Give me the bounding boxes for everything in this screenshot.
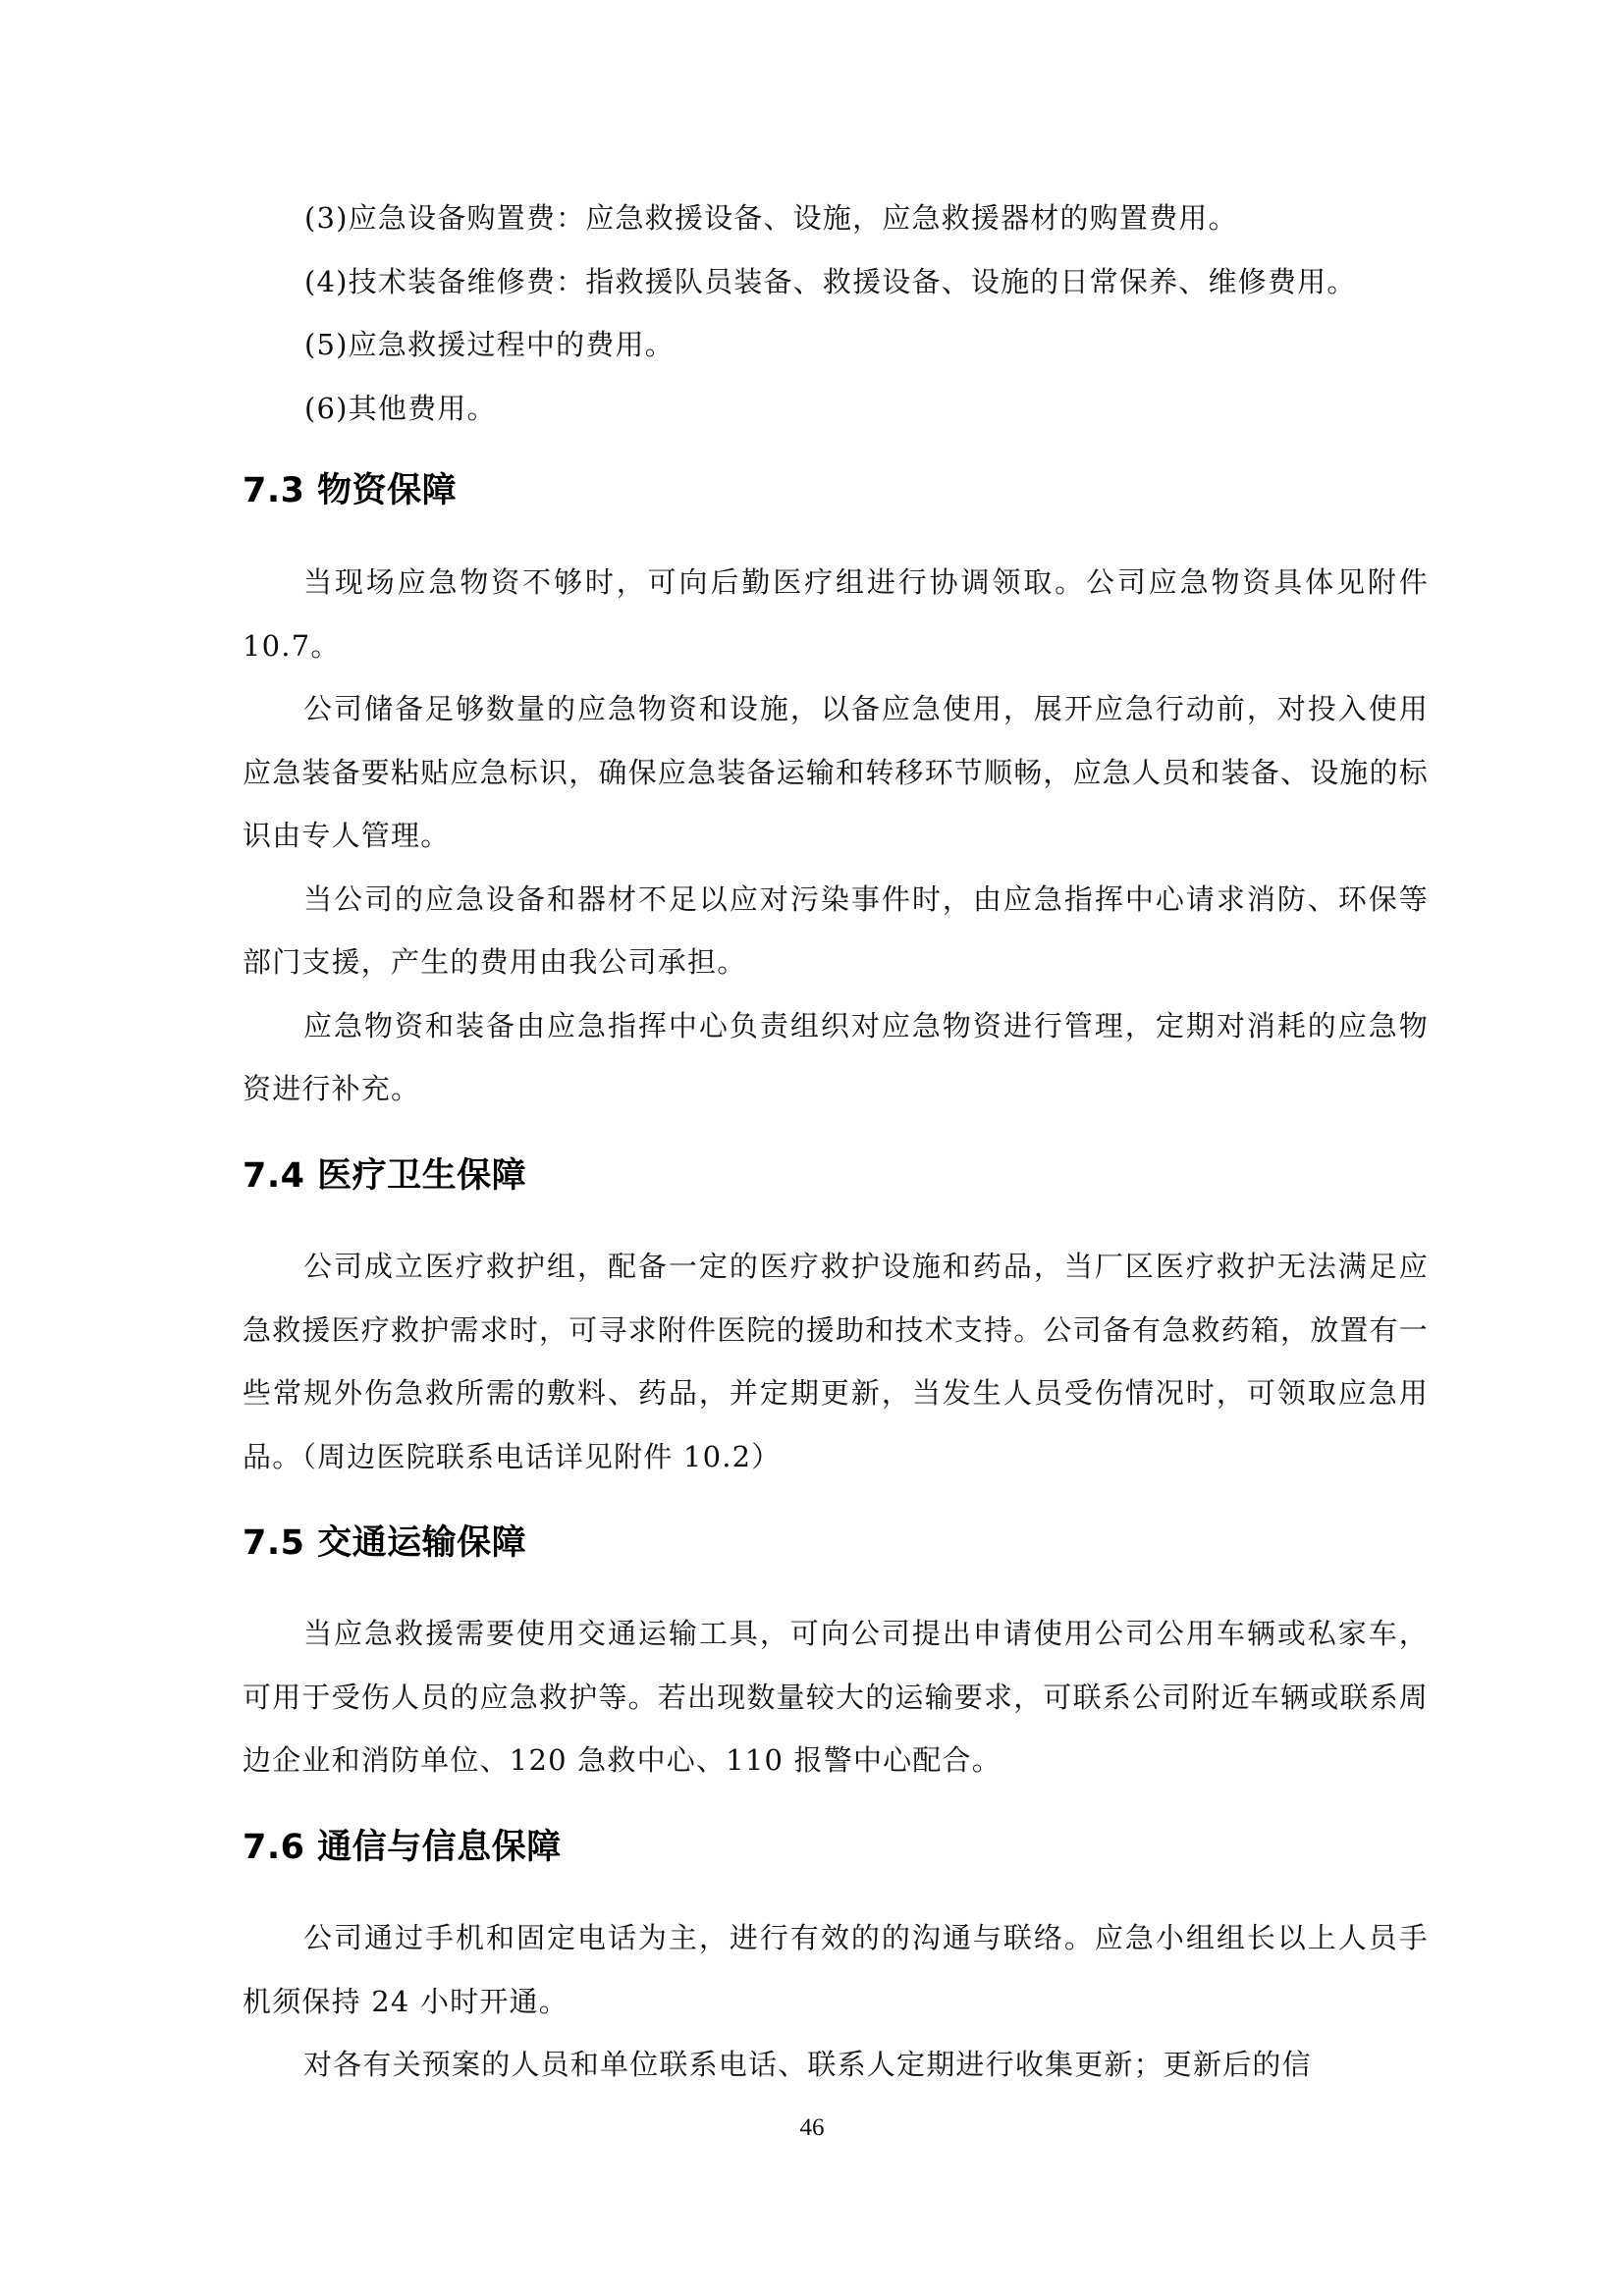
paragraph: 公司成立医疗救护组，配备一定的医疗救护设施和药品，当厂区医疗救护无法满足应急救援… (243, 1235, 1429, 1488)
paragraph: 对各有关预案的人员和单位联系电话、联系人定期进行收集更新；更新后的信 (243, 2033, 1429, 2097)
paragraph: 当现场应急物资不够时，可向后勤医疗组进行协调领取。公司应急物资具体见附件 10.… (243, 551, 1429, 677)
section-heading-7-6: 7.6 通信与信息保障 (243, 1823, 1429, 1872)
section-body-7-6: 公司通过手机和固定电话为主，进行有效的的沟通与联络。应急小组组长以上人员手机须保… (243, 1906, 1429, 2097)
section-heading-7-4: 7.4 医疗卫生保障 (243, 1151, 1429, 1201)
section-body-7-3: 当现场应急物资不够时，可向后勤医疗组进行协调领取。公司应急物资具体见附件 10.… (243, 551, 1429, 1121)
paragraph: 公司储备足够数量的应急物资和设施，以备应急使用，展开应急行动前，对投入使用应急装… (243, 677, 1429, 868)
section-heading-7-3: 7.3 物资保障 (243, 466, 1429, 515)
paragraph: 公司通过手机和固定电话为主，进行有效的的沟通与联络。应急小组组长以上人员手机须保… (243, 1906, 1429, 2033)
list-item: (3)应急设备购置费：应急救援设备、设施，应急救援器材的购置费用。 (243, 187, 1429, 250)
paragraph: 当公司的应急设备和器材不足以应对污染事件时，由应急指挥中心请求消防、环保等部门支… (243, 868, 1429, 994)
page-number: 46 (0, 2113, 1624, 2143)
list-item: (6)其他费用。 (243, 377, 1429, 441)
list-item: (4)技术装备维修费：指救援队员装备、救援设备、设施的日常保养、维修费用。 (243, 250, 1429, 314)
paragraph: 当应急救援需要使用交通运输工具，可向公司提出申请使用公司公用车辆或私家车，可用于… (243, 1602, 1429, 1792)
document-page: (3)应急设备购置费：应急救援设备、设施，应急救援器材的购置费用。 (4)技术装… (0, 0, 1624, 2296)
section-body-7-4: 公司成立医疗救护组，配备一定的医疗救护设施和药品，当厂区医疗救护无法满足应急救援… (243, 1235, 1429, 1488)
list-item: (5)应急救援过程中的费用。 (243, 313, 1429, 377)
section-body-7-5: 当应急救援需要使用交通运输工具，可向公司提出申请使用公司公用车辆或私家车，可用于… (243, 1602, 1429, 1792)
section-heading-7-5: 7.5 交通运输保障 (243, 1519, 1429, 1568)
paragraph: 应急物资和装备由应急指挥中心负责组织对应急物资进行管理，定期对消耗的应急物资进行… (243, 994, 1429, 1121)
expense-list: (3)应急设备购置费：应急救援设备、设施，应急救援器材的购置费用。 (4)技术装… (243, 187, 1429, 440)
